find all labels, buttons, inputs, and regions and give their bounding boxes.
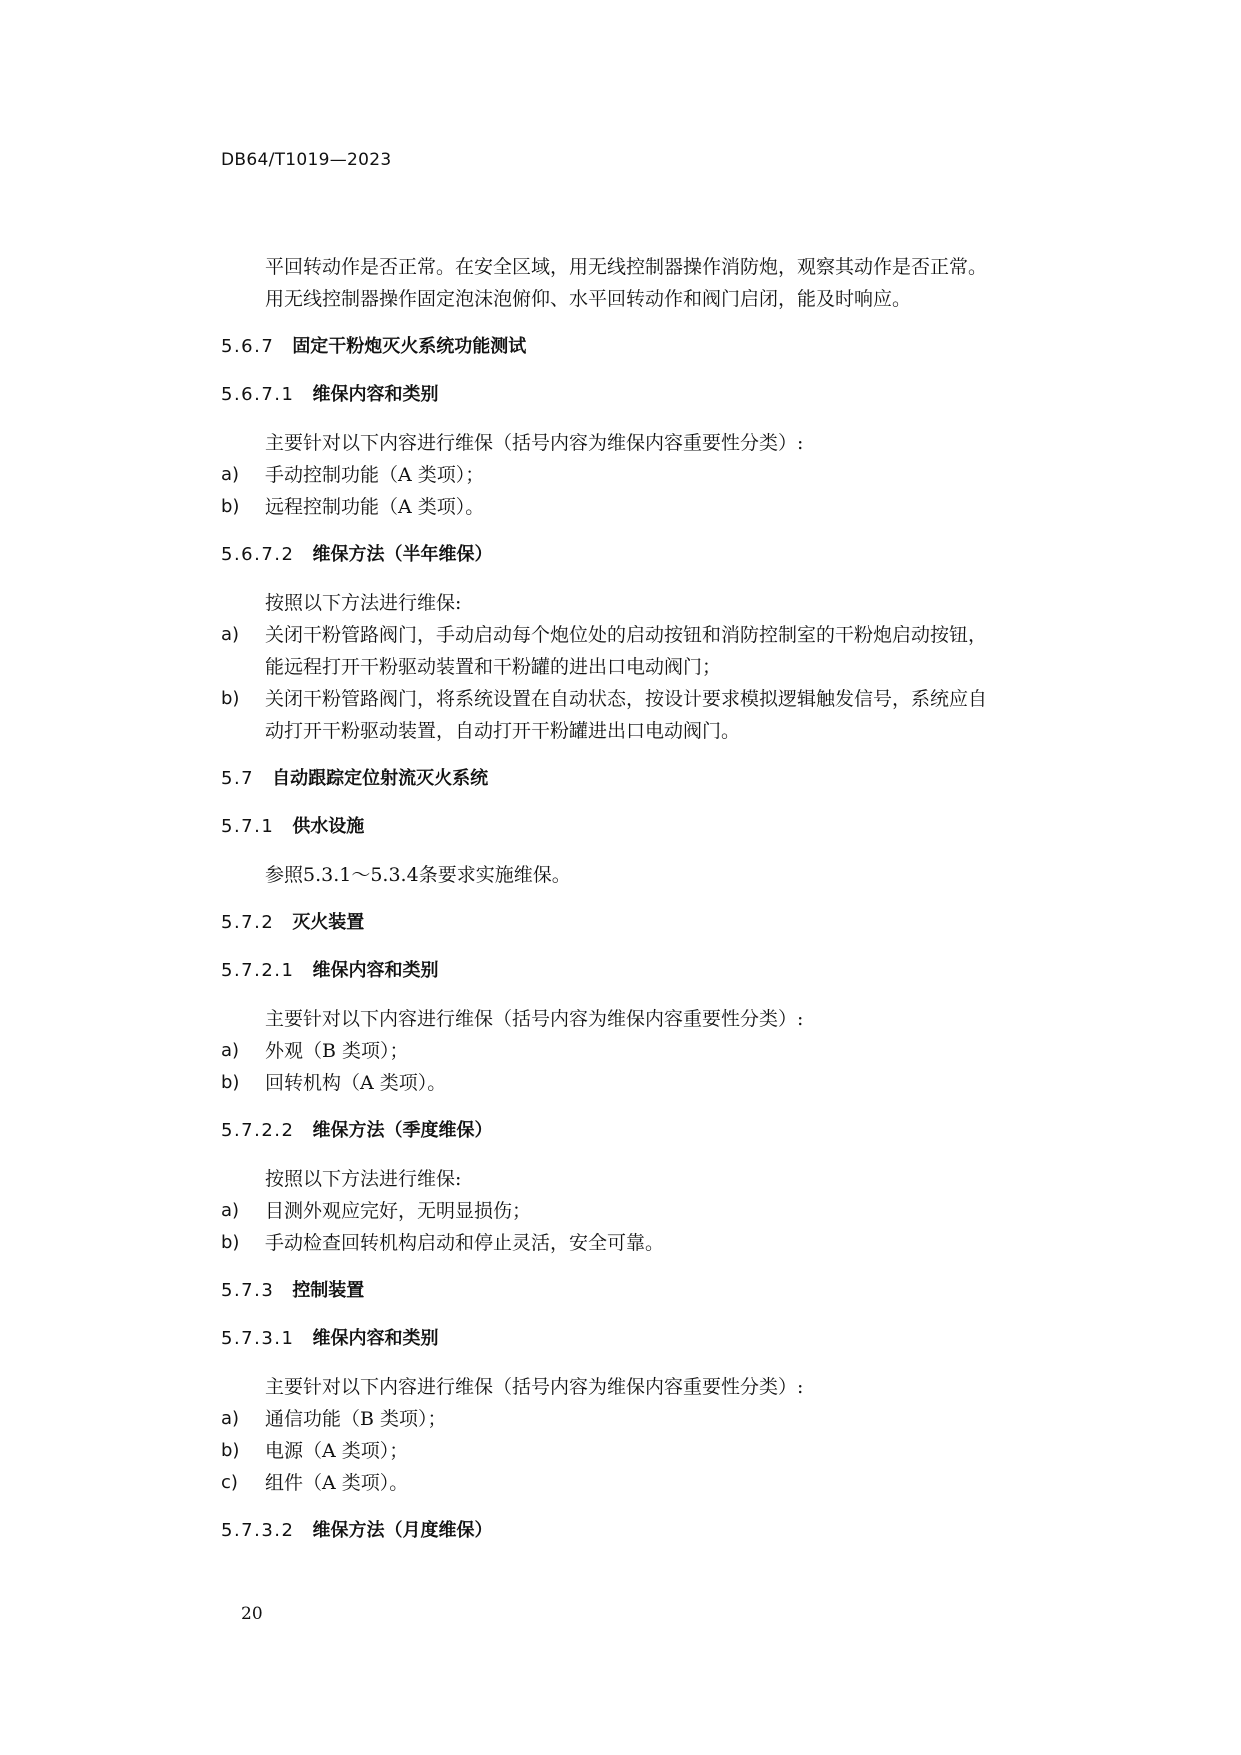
- section-title: 维保内容和类别: [312, 960, 438, 981]
- section-number: 5.7.1: [221, 815, 274, 839]
- section-number: 5.6.7.2: [221, 543, 294, 567]
- section-title: 维保方法（月度维保）: [312, 1520, 492, 1541]
- list-marker: a): [221, 1039, 239, 1063]
- paragraph-line: 用无线控制器操作固定泡沫泡俯仰、水平回转动作和阀门启闭，能及时响应。: [265, 287, 911, 311]
- section-title: 维保内容和类别: [312, 384, 438, 405]
- list-text: 手动控制功能（A 类项）；: [265, 463, 484, 487]
- list-marker: a): [221, 1407, 239, 1431]
- section-title: 固定干粉炮灭火系统功能测试: [292, 336, 526, 357]
- list-text: 目测外观应完好，无明显损伤；: [265, 1199, 531, 1223]
- list-marker: b): [221, 1071, 239, 1095]
- intro-text: 按照以下方法进行维保:: [265, 1167, 461, 1191]
- section-title: 控制装置: [292, 1280, 364, 1301]
- section-number: 5.7.2: [221, 911, 274, 935]
- list-marker: c): [221, 1471, 238, 1495]
- section-heading-5-6-7-1: 5.6.7.1维保内容和类别: [221, 383, 438, 407]
- body-text: 参照5.3.1～5.3.4条要求实施维保。: [265, 863, 571, 887]
- list-text: 手动检查回转机构启动和停止灵活，安全可靠。: [265, 1231, 664, 1255]
- section-heading-5-7-3-2: 5.7.3.2维保方法（月度维保）: [221, 1519, 492, 1543]
- list-marker: b): [221, 495, 239, 519]
- list-text: 远程控制功能（A 类项）。: [265, 495, 484, 519]
- list-marker: b): [221, 687, 239, 711]
- section-title: 灭火装置: [292, 912, 364, 933]
- section-heading-5-7-1: 5.7.1供水设施: [221, 815, 364, 839]
- section-number: 5.7.3: [221, 1279, 274, 1303]
- list-text: 关闭干粉管路阀门，将系统设置在自动状态，按设计要求模拟逻辑触发信号，系统应自: [265, 687, 987, 711]
- list-text: 回转机构（A 类项）。: [265, 1071, 446, 1095]
- section-heading-5-6-7-2: 5.6.7.2维保方法（半年维保）: [221, 543, 492, 567]
- section-title: 供水设施: [292, 816, 364, 837]
- page-number: 20: [241, 1604, 263, 1624]
- section-title: 自动跟踪定位射流灭火系统: [272, 768, 488, 789]
- section-heading-5-7-2-2: 5.7.2.2维保方法（季度维保）: [221, 1119, 492, 1143]
- section-heading-5-7-2-1: 5.7.2.1维保内容和类别: [221, 959, 438, 983]
- list-marker: a): [221, 1199, 239, 1223]
- section-title: 维保内容和类别: [312, 1328, 438, 1349]
- section-title: 维保方法（半年维保）: [312, 544, 492, 565]
- list-text: 电源（A 类项）；: [265, 1439, 408, 1463]
- section-number: 5.6.7: [221, 335, 274, 359]
- section-heading-5-7: 5.7自动跟踪定位射流灭火系统: [221, 767, 488, 791]
- section-number: 5.7.2.1: [221, 959, 294, 983]
- section-number: 5.7.3.2: [221, 1519, 294, 1543]
- intro-text: 主要针对以下内容进行维保（括号内容为维保内容重要性分类）:: [265, 1007, 803, 1031]
- list-text-continued: 动打开干粉驱动装置，自动打开干粉罐进出口电动阀门。: [265, 719, 740, 743]
- list-marker: b): [221, 1231, 239, 1255]
- section-heading-5-6-7: 5.6.7固定干粉炮灭火系统功能测试: [221, 335, 526, 359]
- section-heading-5-7-3: 5.7.3控制装置: [221, 1279, 364, 1303]
- section-number: 5.7.3.1: [221, 1327, 294, 1351]
- intro-text: 主要针对以下内容进行维保（括号内容为维保内容重要性分类）:: [265, 431, 803, 455]
- document-code: DB64/T1019—2023: [221, 150, 392, 170]
- intro-text: 主要针对以下内容进行维保（括号内容为维保内容重要性分类）:: [265, 1375, 803, 1399]
- section-heading-5-7-2: 5.7.2灭火装置: [221, 911, 364, 935]
- list-text: 关闭干粉管路阀门，手动启动每个炮位处的启动按钮和消防控制室的干粉炮启动按钮，: [265, 623, 987, 647]
- section-number: 5.7.2.2: [221, 1119, 294, 1143]
- section-number: 5.7: [221, 767, 254, 791]
- paragraph-line: 平回转动作是否正常。在安全区域，用无线控制器操作消防炮，观察其动作是否正常。: [265, 255, 987, 279]
- list-marker: b): [221, 1439, 239, 1463]
- list-text: 外观（B 类项）；: [265, 1039, 409, 1063]
- intro-text: 按照以下方法进行维保:: [265, 591, 461, 615]
- list-marker: a): [221, 623, 239, 647]
- section-number: 5.6.7.1: [221, 383, 294, 407]
- list-text: 组件（A 类项）。: [265, 1471, 408, 1495]
- list-text: 通信功能（B 类项）；: [265, 1407, 447, 1431]
- list-marker: a): [221, 463, 239, 487]
- list-text-continued: 能远程打开干粉驱动装置和干粉罐的进出口电动阀门；: [265, 655, 721, 679]
- section-heading-5-7-3-1: 5.7.3.1维保内容和类别: [221, 1327, 438, 1351]
- section-title: 维保方法（季度维保）: [312, 1120, 492, 1141]
